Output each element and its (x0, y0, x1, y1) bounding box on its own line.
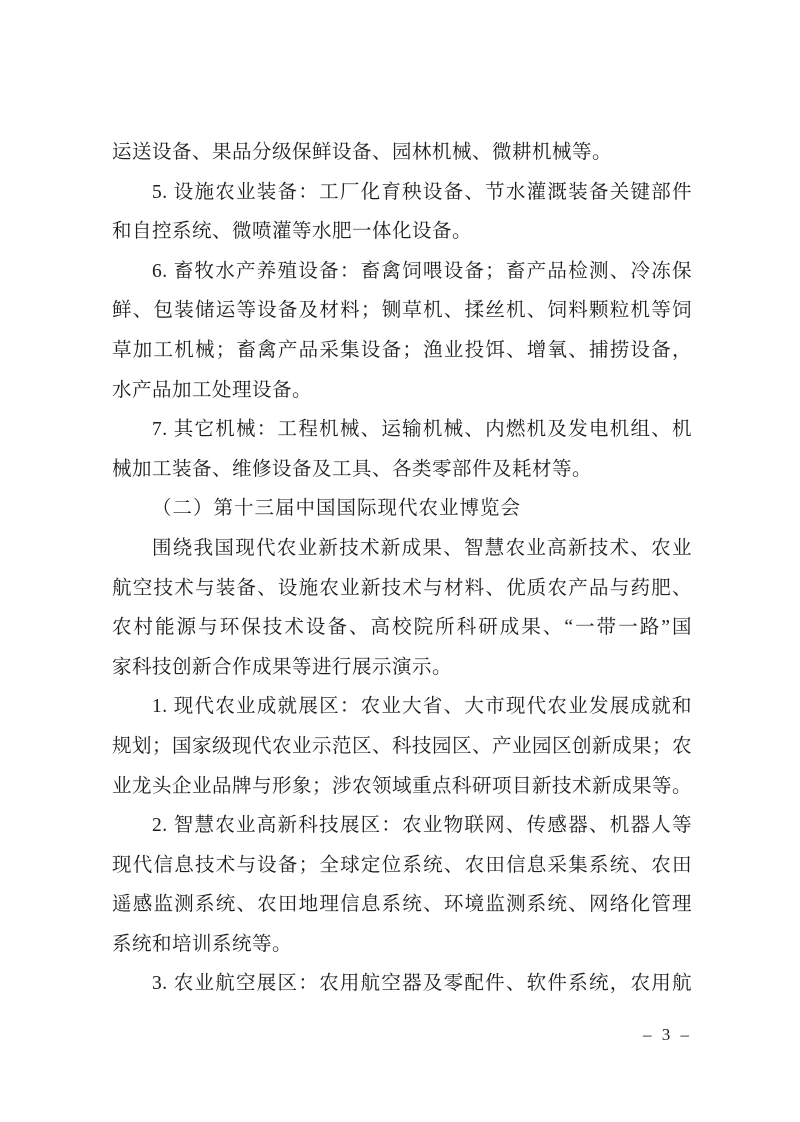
text-line: 航空技术与装备、设施农业新技术与材料、优质农产品与药肥、 (112, 569, 692, 609)
text-line: 鲜、包装储运等设备及材料；铡草机、揉丝机、饲料颗粒机等饲 (112, 291, 692, 331)
text-line: 围绕我国现代农业新技术新成果、智慧农业高新技术、农业 (112, 529, 692, 569)
text-line: 3. 农业航空展区：农用航空器及零配件、软件系统，农用航 (112, 964, 692, 1004)
text-line: 业龙头企业品牌与形象；涉农领域重点科研项目新技术新成果等。 (112, 767, 692, 807)
text-line: 运送设备、果品分级保鲜设备、园林机械、微耕机械等。 (112, 133, 692, 173)
text-line: 和自控系统、微喷灌等水肥一体化设备。 (112, 212, 692, 252)
text-line: 草加工机械；畜禽产品采集设备；渔业投饵、增氧、捕捞设备， (112, 331, 692, 371)
text-line: 现代信息技术与设备；全球定位系统、农田信息采集系统、农田 (112, 846, 692, 886)
text-line: 规划；国家级现代农业示范区、科技园区、产业园区创新成果；农 (112, 727, 692, 767)
section-heading: （二）第十三届中国国际现代农业博览会 (112, 489, 692, 529)
page-number: – 3 – (643, 1022, 692, 1048)
text-line: 农村能源与环保技术设备、高校院所科研成果、“一带一路”国 (112, 608, 692, 648)
text-line: 系统和培训系统等。 (112, 925, 692, 965)
document-page: 运送设备、果品分级保鲜设备、园林机械、微耕机械等。5. 设施农业装备：工厂化育秧… (0, 0, 800, 1122)
text-line: 遥感监测系统、农田地理信息系统、环境监测系统、网络化管理 (112, 885, 692, 925)
text-line: 7. 其它机械：工程机械、运输机械、内燃机及发电机组、机 (112, 410, 692, 450)
text-line: 水产品加工处理设备。 (112, 371, 692, 411)
text-line: 1. 现代农业成就展区：农业大省、大市现代农业发展成就和 (112, 687, 692, 727)
text-line: 械加工装备、维修设备及工具、各类零部件及耗材等。 (112, 450, 692, 490)
text-line: 2. 智慧农业高新科技展区：农业物联网、传感器、机器人等 (112, 806, 692, 846)
text-line: 5. 设施农业装备：工厂化育秧设备、节水灌溉装备关键部件 (112, 173, 692, 213)
text-line: 6. 畜牧水产养殖设备：畜禽饲喂设备；畜产品检测、冷冻保 (112, 252, 692, 292)
document-body: 运送设备、果品分级保鲜设备、园林机械、微耕机械等。5. 设施农业装备：工厂化育秧… (112, 133, 692, 1004)
text-line: 家科技创新合作成果等进行展示演示。 (112, 648, 692, 688)
